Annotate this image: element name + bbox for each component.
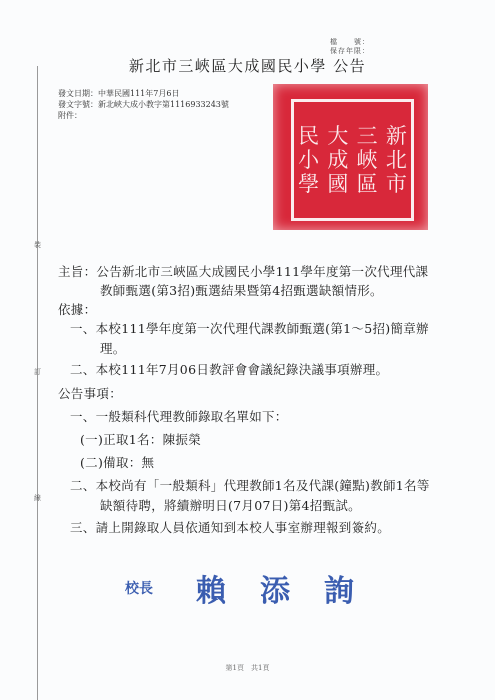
official-seal: 新北市 三峽區 大成國 民小學 (273, 84, 428, 230)
notice-item-2-line-2: 缺額待聘，將續辦明日(7月07日)第4招甄試。 (100, 496, 361, 514)
notice-item-1-sub-1: (一)正取1名：陳振榮 (80, 430, 201, 448)
notice-item-3: 三、請上開錄取人員依通知到本校人事室辦理報到簽約。 (70, 518, 390, 536)
seal-column-3: 大成國 (327, 124, 348, 196)
principal-signature: 賴 添 詢 (196, 566, 356, 610)
seal-column-2: 三峽區 (357, 124, 378, 196)
notice-item-2-line-1: 二、本校尚有「一般類科」代理教師1名及代課(鐘點)教師1名等 (70, 476, 430, 494)
basis-item-1-line-1: 一、本校111學年度第一次代理代課教師甄選(第1～5招)簡章辦 (70, 319, 429, 337)
basis-item-1-line-2: 理。 (100, 339, 126, 357)
subject-line-1: 主旨：公告新北市三峽區大成國民小學111學年度第一次代理代課 (58, 262, 428, 280)
seal-column-4: 民小學 (298, 124, 319, 196)
binding-char-zhuang: 裝 (34, 240, 41, 250)
issue-date: 發文日期：中華民國111年7月6日 (58, 88, 179, 99)
subject-line-2: 教師甄選(第3招)甄選結果暨第4招甄選缺額情形。 (100, 281, 383, 299)
document-title: 新北市三峽區大成國民小學 公告 (0, 55, 495, 76)
notice-item-1: 一、一般類科代理教師錄取名單如下： (70, 407, 288, 425)
seal-column-1: 新北市 (386, 124, 407, 196)
basis-item-2: 二、本校111年7月06日教評會會議紀錄決議事項辦理。 (70, 360, 388, 378)
basis-label: 依據： (58, 300, 96, 318)
notice-item-1-sub-2: (二)備取：無 (80, 453, 154, 471)
document-number: 發文字號：新北峽大成小教字第1116933243號 (58, 99, 229, 110)
seal-inner-frame: 新北市 三峽區 大成國 民小學 (291, 99, 414, 221)
page-number: 第1頁 共1頁 (0, 663, 495, 673)
principal-title: 校長 (125, 578, 153, 598)
binding-char-xian: 線 (34, 493, 41, 503)
binding-char-ding: 訂 (34, 367, 41, 377)
attachment-label: 附件： (58, 110, 82, 121)
binding-line (37, 66, 38, 700)
notice-label: 公告事項： (58, 384, 122, 402)
